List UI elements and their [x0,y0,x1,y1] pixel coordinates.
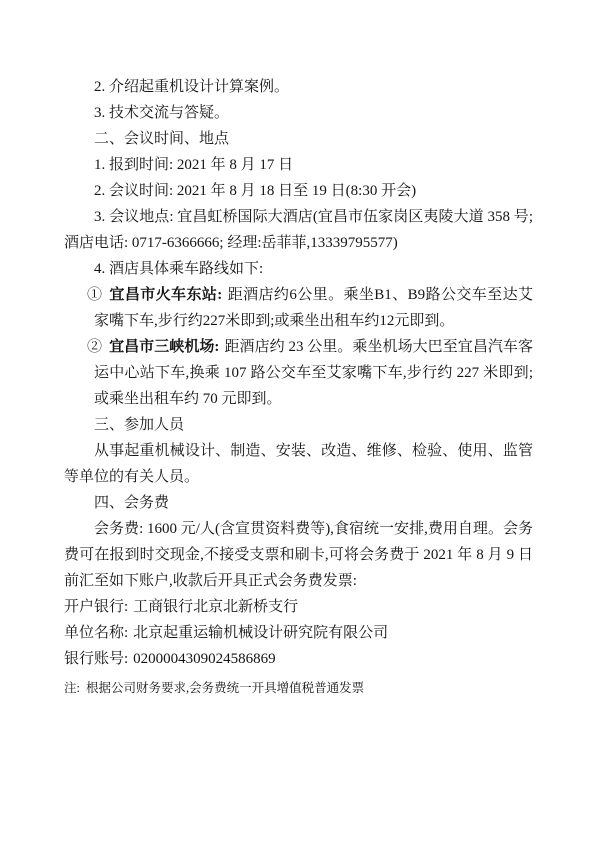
time-place-item-venue: 3. 会议地点: 宜昌虹桥国际大酒店(宜昌市伍家岗区夷陵大道 358 号; 酒店… [64,204,533,256]
time-place-item-meeting-time: 2. 会议时间: 2021 年 8 月 18 日至 19 日(8:30 开会) [64,178,533,204]
agenda-item-2: 2. 介绍起重机设计计算案例。 [64,74,533,100]
bank-line-account-number: 银行账号:0200004309024586869 [64,646,533,672]
invoice-note-text: 根据公司财务要求,会务费统一开具增值税普通发票 [86,681,364,695]
bank-label-account-number: 银行账号: [64,651,128,667]
bank-value-opening-bank: 工商银行北京北新桥支行 [133,599,298,615]
time-place-item-registration: 1. 报到时间: 2021 年 8 月 17 日 [64,152,533,178]
time-place-item-routes-intro: 4. 酒店具体乘车路线如下: [64,256,533,282]
route-train-station: ①宜昌市火车东站:距酒店约6公里。乘坐B1、B9路公交车至达艾家嘴下车,步行约2… [64,282,533,334]
route-train-station-label: 宜昌市火车东站: [109,287,222,303]
section-heading-participants: 三、参加人员 [64,412,533,438]
bank-value-account-number: 0200004309024586869 [133,651,276,667]
invoice-note: 注:根据公司财务要求,会务费统一开具增值税普通发票 [64,677,533,699]
bank-line-company-name: 单位名称:北京起重运输机械设计研究院有限公司 [64,620,533,646]
document-page: 2. 介绍起重机设计计算案例。 3. 技术交流与答疑。 二、会议时间、地点 1.… [0,0,596,842]
route-airport: ②宜昌市三峡机场:距酒店约 23 公里。乘坐机场大巴至宜昌汽车客运中心站下车,换… [64,334,533,412]
circled-one-marker: ① [87,287,102,303]
bank-label-opening-bank: 开户银行: [64,599,128,615]
participants-body: 从事起重机械设计、制造、安装、改造、维修、检验、使用、监管等单位的有关人员。 [64,438,533,490]
bank-label-company-name: 单位名称: [64,625,128,641]
agenda-item-3: 3. 技术交流与答疑。 [64,100,533,126]
route-airport-label: 宜昌市三峡机场: [109,339,219,355]
section-heading-time-place: 二、会议时间、地点 [64,126,533,152]
bank-value-company-name: 北京起重运输机械设计研究院有限公司 [133,625,388,641]
invoice-note-label: 注: [64,681,80,695]
fee-body: 会务费: 1600 元/人(含宣贯资料费等),食宿统一安排,费用自理。会务费可在… [64,516,533,594]
section-heading-fee: 四、会务费 [64,490,533,516]
bank-line-opening-bank: 开户银行:工商银行北京北新桥支行 [64,594,533,620]
circled-two-marker: ② [87,339,102,355]
